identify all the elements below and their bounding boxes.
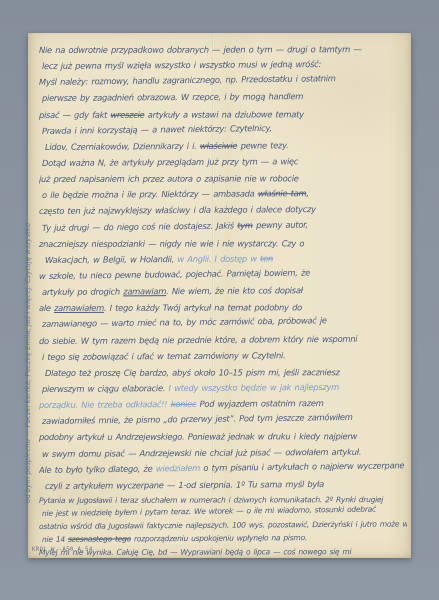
handwritten-text: Wakacjach, w Belgii, w Holandii,	[45, 254, 177, 265]
handwritten-text: o ile będzie można i ile przy. Niektórzy…	[42, 189, 258, 201]
handwritten-text: zamawiam	[123, 286, 166, 296]
handwritten-text: i tego się zobowiązać i ufać w temat zam…	[42, 350, 285, 362]
handwritten-text: ale	[39, 303, 54, 313]
handwritten-text: znaczniejszy niespodzianki — nigdy nie w…	[39, 238, 304, 249]
handwritten-text: już przed napisaniem ich przez autora o …	[39, 173, 299, 184]
handwritten-text: zawiadomiłeś mnie, że pismo „do przerwy …	[42, 412, 353, 426]
handwritten-line: i tego się zobowiązać i ufać w temat zam…	[39, 346, 407, 365]
handwritten-text: . Nie wiem, że nie kto coś dopisał	[166, 285, 303, 296]
handwritten-line: artykuły po drogich zamawiam. Nie wiem, …	[39, 282, 407, 301]
handwritten-text: właśnie tam	[258, 188, 307, 198]
handwritten-line: nie 14 szesnastego tego rozporządzeniu u…	[39, 530, 407, 546]
handwritten-text: Dlatego też proszę Cię bardzo, abyś okoł…	[45, 367, 340, 378]
handwritten-text: koniec	[171, 399, 197, 409]
handwritten-text: Prawda i inni korzystają — a nawet niekt…	[42, 123, 272, 136]
handwritten-text: pewny autor,	[253, 219, 308, 230]
handwritten-line: Dotąd ważna N, że artykuły przeglądam ju…	[39, 152, 407, 171]
handwritten-text: pisać — gdy fakt	[39, 109, 111, 119]
handwritten-text: Myśl należy: rozmowy, handlu zagraniczne…	[39, 73, 336, 87]
handwritten-text: nie jest w niedzielę byłem i pytam teraz…	[42, 505, 376, 518]
handwritten-text: wreszcie	[110, 109, 144, 119]
handwritten-text: artykuły a wstawi na dziubowe tematy	[144, 109, 303, 119]
handwritten-text: I wtedy wszystko będzie w jak najlepszym	[168, 382, 339, 393]
handwritten-text: w szkole, tu nieco pewne budować, pojech…	[39, 267, 310, 281]
handwritten-text: często ten już najzwyklejszy właściwy i …	[39, 204, 316, 216]
handwritten-text: Dotąd ważna N, że artykuły przeglądam ju…	[42, 156, 298, 168]
handwritten-text: Lidov, Czerniakowów, Dziennikarzy i i.	[45, 141, 200, 152]
catalog-number: KRÓL.W.-A50.A.54	[32, 547, 93, 553]
handwritten-text: . I tego każdy Twój artykuł na temat pod…	[104, 303, 302, 314]
handwritten-text: o tym pisaniu i artykułach o najpierw wy…	[200, 460, 404, 473]
handwritten-line: czyli z artykułem wyczerpane — 1-od sier…	[39, 475, 407, 494]
handwritten-text: nie 14	[42, 535, 68, 544]
margin-note: od bym pośpiechu — Paczki kartka, Paczkę…	[24, 158, 35, 503]
handwritten-text: podobny artykuł u Andrzejewskiego. Ponie…	[39, 432, 357, 443]
handwritten-text: do siebie. W tym razem będą nie przednie…	[39, 333, 357, 345]
handwritten-line: pierwsze by zagadnień obrazowa. W rzepce…	[39, 88, 407, 107]
handwritten-text: czyli z artykułem wyczerpane — 1-od sier…	[45, 479, 324, 491]
handwritten-text: wiedziałem	[156, 463, 200, 474]
handwritten-text: zamawiałem	[54, 303, 104, 313]
handwritten-text: pierwsze by zagadnień obrazowa. W rzepce…	[42, 92, 303, 104]
handwritten-text: rozporządzeniu uspokojeniu wpłynęło na p…	[131, 533, 307, 543]
handwritten-text: pewne tezy.	[237, 140, 288, 150]
handwritten-text: Ale to było tylko dlatego, że	[39, 463, 156, 475]
handwritten-line: Mylej mi nie wynika. Całuję Cię, bd — Wy…	[39, 545, 407, 559]
handwritten-text: zamawianego — warto mieć na to, by móc z…	[42, 316, 327, 330]
handwritten-text: pierwszym w ciągu elaboracie.	[42, 383, 169, 394]
handwritten-text: ten	[260, 253, 273, 263]
handwritten-line: zamawianego — warto mieć na to, by móc z…	[39, 312, 407, 333]
handwritten-text: Pod wyjazdem ostatnim razem	[196, 398, 323, 409]
handwritten-text: Ty już drugi — do niego coś nie dostajes…	[42, 220, 237, 233]
handwritten-text: ostatnio wśród dla Jugosławii faktycznie…	[39, 519, 407, 531]
handwritten-text: tym	[237, 220, 253, 230]
handwritten-text: ,	[306, 188, 308, 198]
handwritten-text: lecz już pewna myśl wzięła wszystko i ws…	[42, 59, 321, 71]
handwritten-text: porządku. Nie trzeba odkładać!!	[39, 399, 171, 410]
handwritten-text: szesnastego tego	[68, 534, 131, 543]
handwritten-text: w swym domu pisać — Andrzejewski nie chc…	[42, 446, 361, 458]
letter-body: Nie na odwrotnie przypadkowo dobranych —…	[39, 42, 407, 556]
scanned-letter-background: Nie na odwrotnie przypadkowo dobranych —…	[0, 0, 439, 600]
handwritten-text: w Anglii. I dostęp w	[177, 253, 260, 264]
letter-page: Nie na odwrotnie przypadkowo dobranych —…	[28, 33, 411, 558]
handwritten-line: zawiadomiłeś mnie, że pismo „do przerwy …	[39, 408, 407, 429]
handwritten-text: artykuły po drogich	[42, 287, 123, 298]
handwritten-text: Nie na odwrotnie przypadkowo dobranych —…	[39, 44, 361, 55]
handwritten-text: właściwie	[200, 140, 237, 150]
